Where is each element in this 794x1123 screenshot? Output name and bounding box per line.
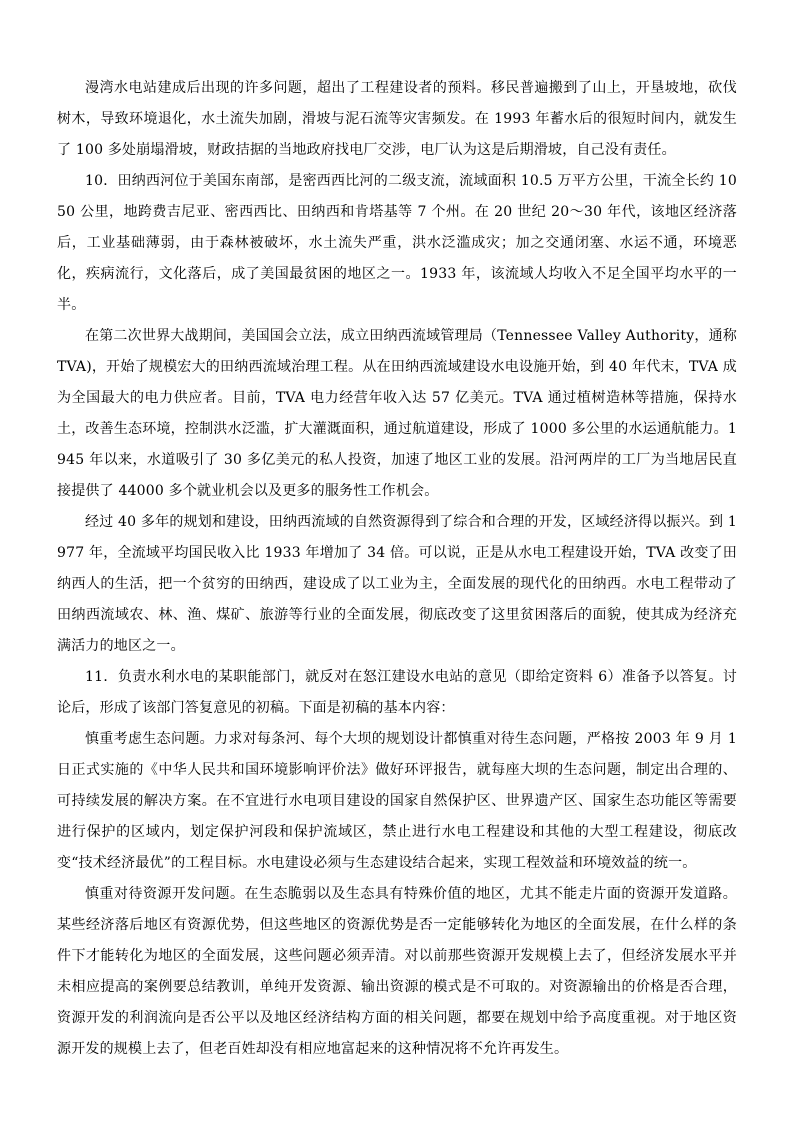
paragraph-ecology-issue: 慎重考虑生态问题。力求对每条河、每个大坝的规划设计都慎重对待生态问题，严格按 2… xyxy=(57,724,737,879)
document-page: 漫湾水电站建成后出现的许多问题，超出了工程建设者的预料。移民普遍搬到了山上，开垦… xyxy=(0,0,794,1123)
paragraph-tva-founding: 在第二次世界大战期间，美国国会立法，成立田纳西流域管理局（Tennessee V… xyxy=(57,321,737,507)
paragraph-manwan-problems: 漫湾水电站建成后出现的许多问题，超出了工程建设者的预料。移民普遍搬到了山上，开垦… xyxy=(57,73,737,166)
paragraph-resource-development-issue: 慎重对待资源开发问题。在生态脆弱以及生态具有特殊价值的地区，尤其不能走片面的资源… xyxy=(57,879,737,1065)
paragraph-11-nujiang-reply: 11．负责水利水电的某职能部门，就反对在怒江建设水电站的意见（即给定资料 6）准… xyxy=(57,662,737,724)
paragraph-10-tennessee-river: 10．田纳西河位于美国东南部，是密西西比河的二级支流，流域面积 10.5 万平方… xyxy=(57,166,737,321)
paragraph-tva-results: 经过 40 多年的规划和建设，田纳西流域的自然资源得到了综合和合理的开发，区域经… xyxy=(57,507,737,662)
